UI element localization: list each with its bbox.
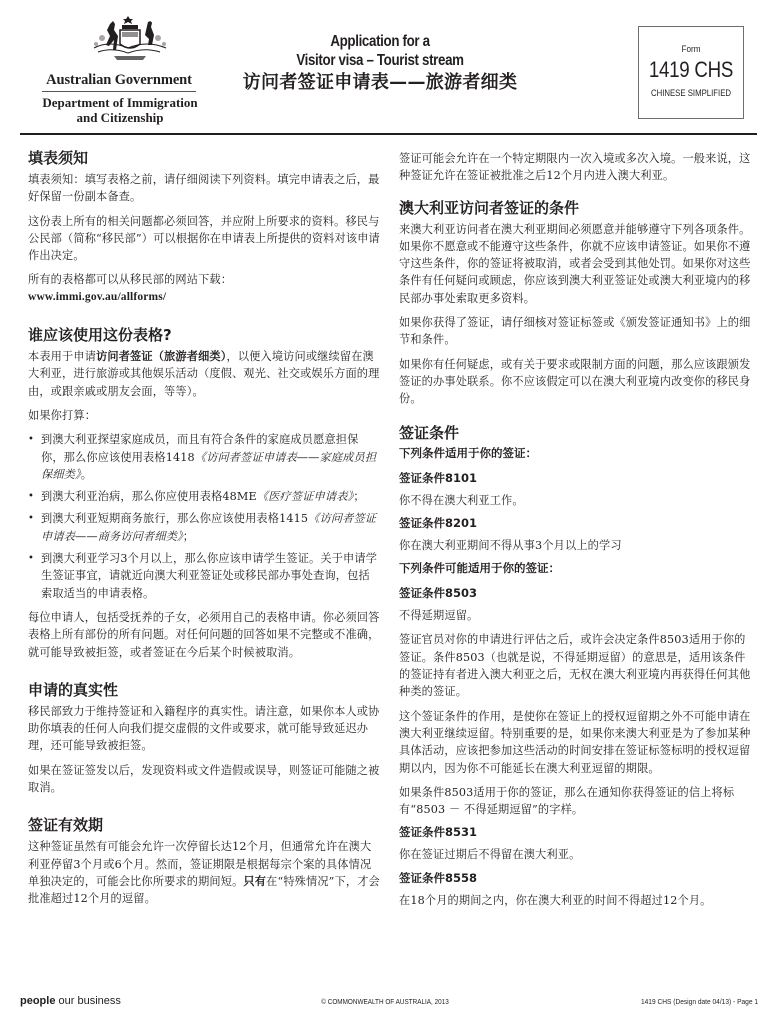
condition-8201-title: 签证条件8201	[399, 516, 751, 531]
paragraph: 签证可能会允许在一个特定期限内一次入境或多次入境。一般来说，这种签证允许在签证被…	[399, 150, 751, 185]
paragraph: 如果条件8503适用于你的签证，那么在通知你获得签证的信上将标有“8503 － …	[399, 784, 751, 819]
paragraph: 签证官员对你的申请进行评估之后，或许会决定条件8503适用于你的签证。条件850…	[399, 631, 751, 700]
text-span: ；	[353, 490, 364, 503]
section-heading: 谁应该使用这份表格?	[28, 325, 380, 345]
condition-8503-title: 签证条件8503	[399, 586, 751, 601]
paragraph: 如果你有任何疑虑，或有关于要求或限制方面的问题，那么应该跟颁发签证的办事处联系。…	[399, 356, 751, 408]
condition-8558-text: 在18个月的期间之内，你在澳大利亚的时间不得超过12个月。	[399, 892, 751, 909]
department-line-1: Department of Immigration	[30, 95, 210, 110]
paragraph: 每位申请人，包括受抚养的子女，必须用自己的表格申请。你必须回答表格上所有部份的所…	[28, 609, 380, 661]
footer-page-info: 1419 CHS (Design date 04/13) - Page 1	[641, 997, 758, 1006]
section-heading: 签证条件	[399, 423, 751, 443]
coat-of-arms-icon	[82, 14, 178, 66]
text-span: 到澳大利亚治病，那么你应使用表格48ME	[41, 490, 257, 503]
condition-8101-title: 签证条件8101	[399, 471, 751, 486]
slogan-bold: people	[20, 995, 55, 1007]
list-item: 到澳大利亚治病，那么你应使用表格48ME《医疗签证申请表》；	[28, 488, 380, 505]
text-span: 到澳大利亚学习3个月以上，那么你应该申请学生签证。关于申请学生签证事宜，请就近向…	[41, 552, 377, 600]
form-title: Application for a Visitor visa – Tourist…	[240, 32, 520, 95]
section-heading: 申请的真实性	[28, 680, 380, 700]
section-heading: 澳大利亚访问者签证的条件	[399, 198, 751, 218]
paragraph: 这份表上所有的相关问题都必须回答，并应附上所要求的资料。移民与公民部（简称“移民…	[28, 213, 380, 265]
bullet-list: 到澳大利亚探望家庭成员，而且有符合条件的家庭成员愿意担保你，那么你应该使用表格1…	[28, 431, 380, 602]
paragraph: 如果你获得了签证，请仔细核对签证标签或《颁发签证通知书》上的细节和条件。	[399, 314, 751, 349]
condition-8503-text: 不得延期逗留。	[399, 607, 751, 624]
paragraph: 所有的表格都可以从移民部的网站下载：	[28, 271, 380, 288]
paragraph: 移民部致力于维持签证和入籍程序的真实性。请注意，如果你本人或协助你填表的任何人向…	[28, 703, 380, 755]
text-span: ；	[183, 530, 194, 543]
bold-text: 访问者签证（旅游者细类）	[96, 349, 226, 363]
title-chinese: 访问者签证申请表——旅游者细类	[240, 71, 520, 95]
condition-8101-text: 你不得在澳大利亚工作。	[399, 492, 751, 509]
form-label: Form	[644, 44, 738, 54]
paragraph: 填表须知：填写表格之前，请仔细阅读下列资料。填完申请表之后，最好保留一份副本备查…	[28, 171, 380, 206]
list-item: 到澳大利亚探望家庭成员，而且有符合条件的家庭成员愿意担保你，那么你应该使用表格1…	[28, 431, 380, 483]
list-item: 到澳大利亚学习3个月以上，那么你应该申请学生签证。关于申请学生签证事宜，请就近向…	[28, 550, 380, 602]
forms-url-link[interactable]: www.immi.gov.au/allforms/	[28, 289, 380, 306]
section-heading: 填表须知	[28, 148, 380, 168]
text-span: 。	[81, 468, 92, 481]
title-english-line-1: Application for a	[260, 32, 501, 51]
paragraph: 如果在签证签发以后，发现资料或文件造假或误导，则签证可能随之被取消。	[28, 762, 380, 797]
condition-8558-title: 签证条件8558	[399, 871, 751, 886]
document-header: Australian Government Department of Immi…	[0, 0, 770, 140]
paragraph: 来澳大利亚访问者在澳大利亚期间必须愿意并能够遵守下列各项条件。如果你不愿意或不能…	[399, 221, 751, 307]
section-integrity: 申请的真实性 移民部致力于维持签证和入籍程序的真实性。请注意，如果你本人或协助你…	[28, 680, 380, 796]
left-column: 填表须知 填表须知：填写表格之前，请仔细阅读下列资料。填完申请表之后，最好保留一…	[28, 148, 380, 915]
header-divider	[20, 133, 757, 135]
department-name: Department of Immigration and Citizenshi…	[30, 95, 210, 125]
department-line-2: and Citizenship	[30, 110, 210, 125]
condition-8531-text: 你在签证过期后不得留在澳大利亚。	[399, 846, 751, 863]
logo-divider	[42, 91, 196, 92]
form-number: 1419 CHS	[647, 58, 735, 82]
page-footer: people our business © COMMONWEALTH OF AU…	[0, 995, 770, 1015]
condition-8531-title: 签证条件8531	[399, 825, 751, 840]
section-visitor-conditions: 澳大利亚访问者签证的条件 来澳大利亚访问者在澳大利亚期间必须愿意并能够遵守下列各…	[399, 198, 751, 408]
text-span: 本表用于申请	[28, 350, 96, 363]
section-instructions: 填表须知 填表须知：填写表格之前，请仔细阅读下列资料。填完申请表之后，最好保留一…	[28, 148, 380, 306]
form-id-box: Form 1419 CHS CHINESE SIMPLIFIED	[638, 26, 744, 119]
subheading-conditions-apply: 下列条件适用于你的签证：	[399, 446, 751, 461]
bold-text: 只有	[243, 874, 266, 888]
right-column: 签证可能会允许在一个特定期限内一次入境或多次入境。一般来说，这种签证允许在签证被…	[399, 150, 751, 916]
section-heading: 签证有效期	[28, 815, 380, 835]
form-title-italic: 《医疗签证申请表》	[257, 490, 353, 503]
section-who-should-use: 谁应该使用这份表格? 本表用于申请访问者签证（旅游者细类），以便入境访问或继续留…	[28, 325, 380, 661]
paragraph: 如果你打算：	[28, 407, 380, 424]
footer-copyright: © COMMONWEALTH OF AUSTRALIA, 2013	[58, 997, 713, 1006]
paragraph: 本表用于申请访问者签证（旅游者细类），以便入境访问或继续留在澳大利亚，进行旅游或…	[28, 348, 380, 400]
list-item: 到澳大利亚短期商务旅行，那么你应该使用表格1415《访问者签证申请表——商务访问…	[28, 510, 380, 545]
government-name: Australian Government	[38, 72, 200, 89]
title-english-line-2: Visitor visa – Tourist stream	[260, 51, 501, 70]
paragraph: 这个签证条件的作用，是使你在签证上的授权逗留期之外不可能申请在澳大利亚继续逗留。…	[399, 708, 751, 777]
text-span: 到澳大利亚短期商务旅行，那么你应该使用表格1415	[41, 512, 308, 525]
form-language: CHINESE SIMPLIFIED	[648, 88, 733, 99]
section-visa-conditions: 签证条件 下列条件适用于你的签证： 签证条件8101 你不得在澳大利亚工作。 签…	[399, 423, 751, 909]
section-visa-validity: 签证有效期 这种签证虽然有可能会允许一次停留长达12个月，但通常允许在澳大利亚停…	[28, 815, 380, 907]
condition-8201-text: 你在澳大利亚期间不得从事3个月以上的学习	[399, 537, 751, 554]
subheading-conditions-may-apply: 下列条件可能适用于你的签证：	[399, 561, 751, 576]
paragraph: 这种签证虽然有可能会允许一次停留长达12个月，但通常允许在澳大利亚停留3个月或6…	[28, 838, 380, 907]
